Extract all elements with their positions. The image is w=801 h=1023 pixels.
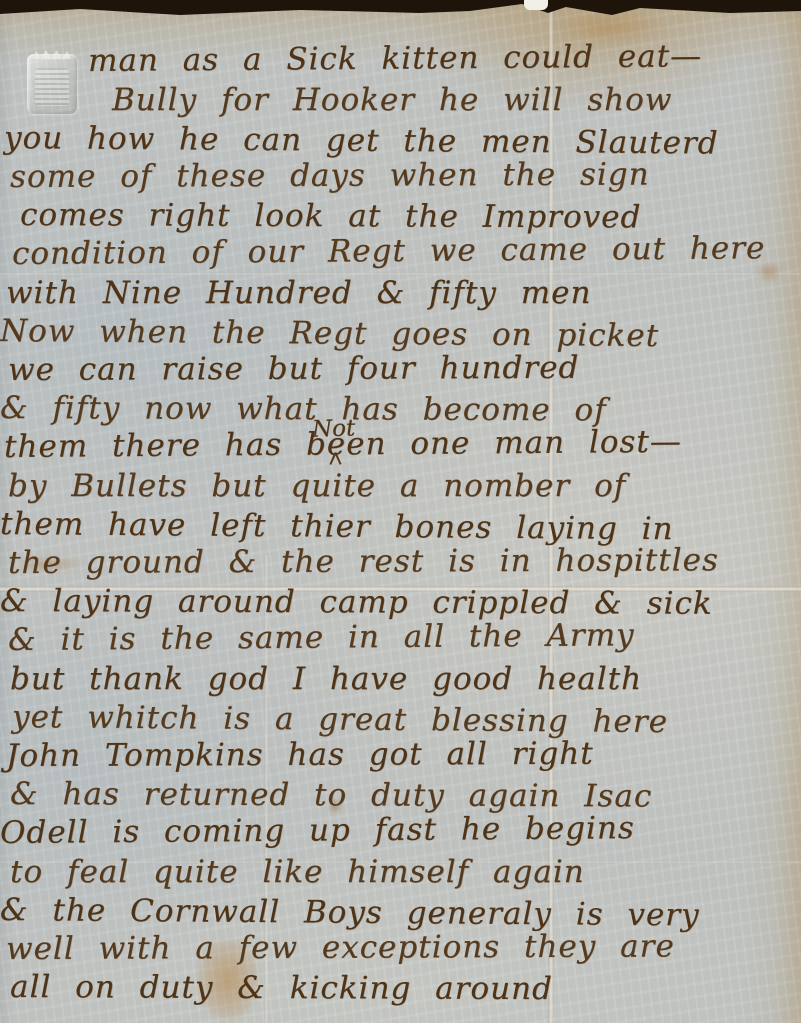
letter-line-14: the ground & the rest is in hospittles: [8, 545, 719, 579]
letter-line-16: & it is the same in all the Army: [8, 620, 635, 656]
letter-line-8: Now when the Regt goes on picket: [0, 316, 659, 352]
letter-line-12: by Bullets but quite a nomber of: [8, 471, 626, 502]
letter-line-20: & has returned to duty again Isac: [10, 779, 652, 812]
insertion-caret-mark: [330, 452, 341, 463]
letter-line-9: we can raise but four hundred: [8, 353, 579, 386]
letter-line-2: Bully for Hooker he will show: [112, 85, 672, 116]
letter-line-23: & the Cornwall Boys generaly is very: [0, 895, 700, 931]
letter-line-24: well with a few exceptions they are: [6, 931, 675, 965]
torn-paper-notch: [524, 0, 548, 10]
letter-line-21: Odell is coming up fast he begins: [0, 813, 635, 849]
inserted-word-not: Not: [312, 415, 356, 442]
handwritten-letter-scan: man as a Sick kitten could eat—Bully for…: [0, 0, 801, 1023]
letter-line-17: but thank god I have good health: [10, 664, 642, 695]
letter-line-3: you how he can get the men Slauterd: [4, 123, 719, 159]
letter-line-13: them have left thier bones laying in: [0, 509, 674, 545]
letter-line-22: to feal quite like himself again: [10, 857, 585, 888]
letter-body: man as a Sick kitten could eat—Bully for…: [0, 0, 801, 1023]
letter-line-6: condition of our Regt we came out here: [12, 233, 766, 270]
letter-line-10: & fifty now what has become of: [0, 393, 607, 426]
letter-line-18: yet whitch is a great blessing here: [12, 702, 668, 738]
letter-line-25: all on duty & kicking around: [10, 972, 553, 1005]
letter-line-1: man as a Sick kitten could eat—: [88, 41, 702, 77]
letter-line-19: John Tompkins has got all right: [6, 739, 594, 772]
letter-line-4: some of these days when the sign: [10, 159, 650, 192]
letter-line-5: comes right look at the Improved: [20, 200, 641, 233]
letter-line-15: & laying around camp crippled & sick: [0, 586, 713, 620]
letter-line-7: with Nine Hundred & fifty men: [6, 278, 591, 309]
